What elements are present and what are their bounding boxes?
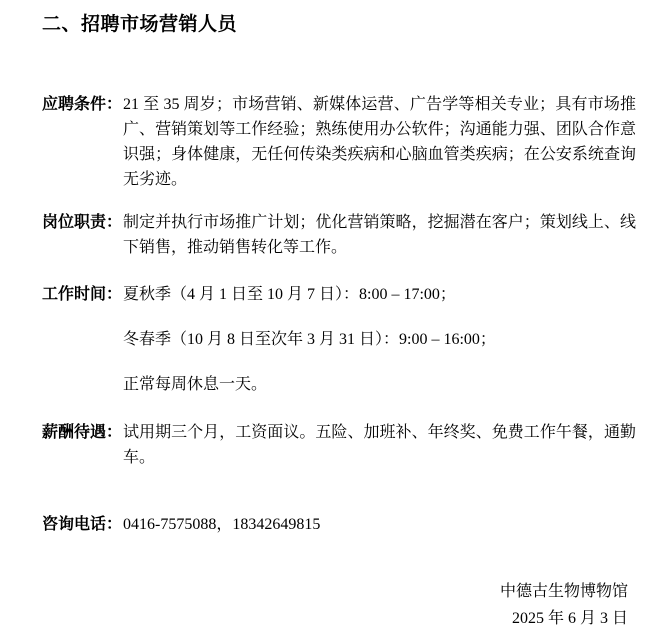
section-text-working-hours: 夏秋季（4 月 1 日至 10 月 7 日）：8:00 – 17:00； 冬春季… (123, 282, 636, 397)
page-title: 二、招聘市场营销人员 (42, 11, 636, 38)
section-working-hours: 工作时间： 夏秋季（4 月 1 日至 10 月 7 日）：8:00 – 17:0… (42, 282, 636, 397)
section-text-application-requirements: 21 至 35 周岁；市场营销、新媒体运营、广告学等相关专业；具有市场推广、营销… (123, 92, 636, 192)
working-hours-weekly-rest: 正常每周休息一天。 (123, 372, 636, 397)
section-text-salary-benefits: 试用期三个月，工资面议。五险、加班补、年终奖、免费工作午餐，通勤车。 (123, 420, 636, 470)
section-job-duties: 岗位职责： 制定并执行市场推广计划；优化营销策略，挖掘潜在客户；策划线上、线下销… (42, 210, 636, 260)
signature-block: 中德古生物博物馆 2025 年 6 月 3 日 (42, 578, 636, 626)
section-salary-benefits: 薪酬待遇： 试用期三个月，工资面议。五险、加班补、年终奖、免费工作午餐，通勤车。 (42, 420, 636, 470)
section-application-requirements: 应聘条件： 21 至 35 周岁；市场营销、新媒体运营、广告学等相关专业；具有市… (42, 92, 636, 192)
section-label-working-hours: 工作时间： (42, 282, 123, 307)
document-page: 二、招聘市场营销人员 应聘条件： 21 至 35 周岁；市场营销、新媒体运营、广… (0, 0, 672, 626)
section-label-contact-phone: 咨询电话： (42, 512, 123, 537)
section-label-application-requirements: 应聘条件： (42, 92, 123, 117)
section-label-job-duties: 岗位职责： (42, 210, 123, 235)
working-hours-summer-autumn: 夏秋季（4 月 1 日至 10 月 7 日）：8:00 – 17:00； (123, 282, 636, 307)
document-date: 2025 年 6 月 3 日 (42, 605, 628, 626)
contact-phone-numbers: 0416-7575088，18342649815 (123, 512, 636, 537)
section-text-job-duties: 制定并执行市场推广计划；优化营销策略，挖掘潜在客户；策划线上、线下销售，推动销售… (123, 210, 636, 260)
section-label-salary-benefits: 薪酬待遇： (42, 420, 123, 445)
working-hours-winter-spring: 冬春季（10 月 8 日至次年 3 月 31 日）：9:00 – 16:00； (123, 327, 636, 352)
organization-name: 中德古生物博物馆 (42, 578, 628, 605)
section-contact-phone: 咨询电话： 0416-7575088，18342649815 (42, 512, 636, 537)
